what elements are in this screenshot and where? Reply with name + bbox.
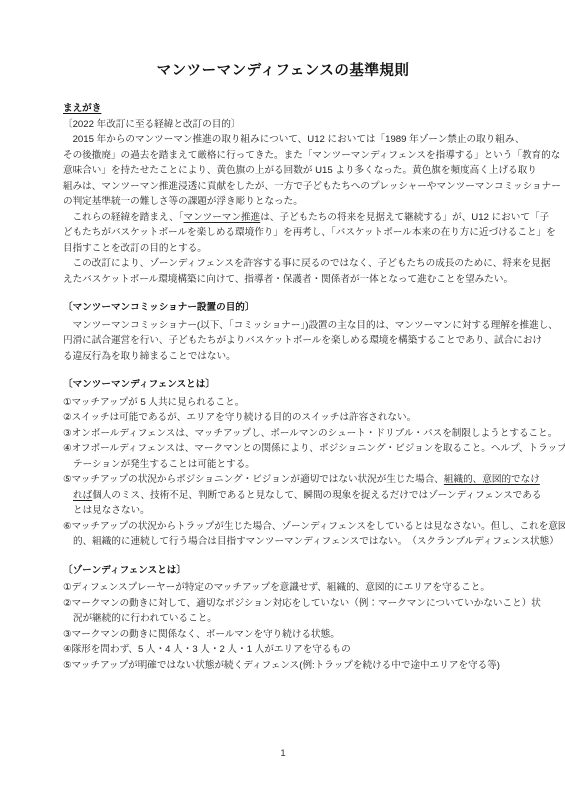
document-page: マンツーマンディフェンスの基準規則 まえがき〔2022 年改訂に至る経緯と改訂の… bbox=[0, 0, 565, 800]
commissioner-purpose-paragraph: マンツーマンコミッショナー(以下、「コミッショナー」)設置の主な目的は、マンツー… bbox=[63, 318, 503, 365]
commissioner-purpose-heading: 〔マンツーマンコミッショナー設置の目的〕 bbox=[63, 300, 503, 316]
preface-paragraph-2-line-2: どもたちがバスケットボールを楽しめる環境作り」を再考し、「バスケットボール本来の… bbox=[63, 225, 503, 241]
commissioner-purpose-paragraph-line-2: 円滑に試合運営を行い、子どもたちがよりバスケットボールを楽しめる環境を構築するこ… bbox=[63, 333, 503, 349]
zone-definition-item-5: ⑤マッチアップが明確ではない状態が続くディフェンス(例:トラップを続ける中で途中… bbox=[63, 658, 503, 674]
preface-paragraph-1-line-4: 組みは、マンツーマン推進浸透に貢献をしたが、一方で子どもたちへのプレッシャーやマ… bbox=[63, 179, 503, 195]
preface-paragraph-3-line-2: えたバスケットボール環境構築に向けて、指導者・保護者・関係者が一体となって進むこ… bbox=[63, 272, 503, 288]
zone-definition-item-3: ③マークマンの動きに関係なく、ボールマンを守り続ける状態。 bbox=[63, 627, 503, 643]
man-to-man-definition-item-4-line-1: ④オフボールディフェンスは、マークマンとの関係により、ポジショニング・ビジョンを… bbox=[63, 441, 503, 457]
man-to-man-definition-item-5-line-2: れば個人のミス、技術不足、判断であると見なして、瞬間の現象を捉えるだけではゾーン… bbox=[63, 488, 503, 504]
man-to-man-definition-item-3: ③オンボールディフェンスは、マッチアップし、ボールマンのシュート・ドリブル・パス… bbox=[63, 426, 503, 442]
commissioner-purpose-paragraph-line-1: マンツーマンコミッショナー(以下、「コミッショナー」)設置の主な目的は、マンツー… bbox=[63, 318, 503, 334]
man-to-man-definition-item-6-line-2: 的、組織的に連続して行う場合は目指すマンツーマンディフェンスではない。 （スクラ… bbox=[63, 534, 503, 550]
zone-definition-item-2-line-2: 況が継続的に行われていること。 bbox=[63, 611, 503, 627]
commissioner-purpose-paragraph-line-3: る違反行為を取り締まることではない。 bbox=[63, 349, 503, 365]
man-to-man-definition-item-1: ①マッチアップが 5 人共に見られること。 bbox=[63, 395, 503, 411]
preface-paragraph-1-line-1: 2015 年からのマンツーマン推進の取り組みについて、U12 においては「198… bbox=[63, 132, 503, 148]
zone-definition-item-4: ④隊形を問わず、5 人・4 人・3 人・2 人・1 人がエリアを守るもの bbox=[63, 642, 503, 658]
man-to-man-definition-heading-line-1: 〔マンツーマンディフェンスとは〕 bbox=[63, 377, 503, 393]
zone-definition-item-1: ①ディフェンスプレーヤーが特定のマッチアップを意識せず、組織的、意図的にエリアを… bbox=[63, 580, 503, 596]
man-to-man-definition-item-6-line-1: ⑥マッチアップの状況からトラップが生じた場合、ゾーンディフェンスをしているとは見… bbox=[63, 519, 503, 535]
man-to-man-definition-item-2-line-1: ②スイッチは可能であるが、エリアを守り続ける目的のスイッチは許容されない。 bbox=[63, 410, 503, 426]
preface-paragraph-1-line-2: その後撤廃」の過去を踏まえて厳格に行ってきた。また「マンツーマンディフェンスを指… bbox=[63, 148, 503, 164]
preface-paragraph-2-line-3: 目指すことを改訂の目的とする。 bbox=[63, 241, 503, 257]
man-to-man-definition-item-4: ④オフボールディフェンスは、マークマンとの関係により、ポジショニング・ビジョンを… bbox=[63, 441, 503, 472]
document-title: マンツーマンディフェンスの基準規則 bbox=[63, 62, 503, 81]
zone-definition-item-1-line-1: ①ディフェンスプレーヤーが特定のマッチアップを意識せず、組織的、意図的にエリアを… bbox=[63, 580, 503, 596]
commissioner-purpose-heading-line-1: 〔マンツーマンコミッショナー設置の目的〕 bbox=[63, 300, 503, 316]
man-to-man-definition-item-5: ⑤マッチアップの状況からポジショニング・ビジョンが適切ではない状況が生じた場合、… bbox=[63, 472, 503, 519]
preface-heading: まえがき bbox=[63, 101, 503, 117]
preface-subheading-line-1: 〔2022 年改訂に至る経緯と改訂の目的〕 bbox=[63, 117, 503, 133]
zone-definition-item-2: ②マークマンの動きに対して、適切なポジション対応をしていない（例：マークマンにつ… bbox=[63, 596, 503, 627]
zone-definition-heading-line-1: 〔ゾーンディフェンスとは〕 bbox=[63, 563, 503, 579]
man-to-man-definition-heading: 〔マンツーマンディフェンスとは〕 bbox=[63, 377, 503, 393]
preface-paragraph-2-line-1: これらの経緯を踏まえ、「マンツーマン推進は、子どもたちの将来を見据えて継続する」… bbox=[63, 210, 503, 226]
preface-paragraph-3-line-1: この改訂により、ゾーンディフェンスを許容する事に戻るのではなく、子どもたちの成長… bbox=[63, 256, 503, 272]
preface-paragraph-2: これらの経緯を踏まえ、「マンツーマン推進は、子どもたちの将来を見据えて継続する」… bbox=[63, 210, 503, 257]
zone-definition-item-5-line-1: ⑤マッチアップが明確ではない状態が続くディフェンス(例:トラップを続ける中で途中… bbox=[63, 658, 503, 674]
man-to-man-definition-item-6: ⑥マッチアップの状況からトラップが生じた場合、ゾーンディフェンスをしているとは見… bbox=[63, 519, 503, 550]
zone-definition-item-3-line-1: ③マークマンの動きに関係なく、ボールマンを守り続ける状態。 bbox=[63, 627, 503, 643]
preface-subheading: 〔2022 年改訂に至る経緯と改訂の目的〕 bbox=[63, 117, 503, 133]
document-body: まえがき〔2022 年改訂に至る経緯と改訂の目的〕 2015 年からのマンツーマ… bbox=[63, 101, 503, 673]
zone-definition-item-2-line-1: ②マークマンの動きに対して、適切なポジション対応をしていない（例：マークマンにつ… bbox=[63, 596, 503, 612]
zone-definition-heading: 〔ゾーンディフェンスとは〕 bbox=[63, 563, 503, 579]
page-number: 1 bbox=[63, 748, 503, 760]
preface-paragraph-1: 2015 年からのマンツーマン推進の取り組みについて、U12 においては「198… bbox=[63, 132, 503, 210]
preface-paragraph-1-line-5: の判定基準統一の難しさ等の課題が浮き彫りとなった。 bbox=[63, 194, 503, 210]
preface-paragraph-3: この改訂により、ゾーンディフェンスを許容する事に戻るのではなく、子どもたちの成長… bbox=[63, 256, 503, 287]
man-to-man-definition-item-2: ②スイッチは可能であるが、エリアを守り続ける目的のスイッチは許容されない。 bbox=[63, 410, 503, 426]
preface-paragraph-1-line-3: 意味合い」を持たせたことにより、黄色旗の上がる回数が U15 より多くなった。黄… bbox=[63, 163, 503, 179]
man-to-man-definition-item-5-line-1: ⑤マッチアップの状況からポジショニング・ビジョンが適切ではない状況が生じた場合、… bbox=[63, 472, 503, 488]
man-to-man-definition-item-4-line-2: テーションが発生することは可能とする。 bbox=[63, 457, 503, 473]
zone-definition-item-4-line-1: ④隊形を問わず、5 人・4 人・3 人・2 人・1 人がエリアを守るもの bbox=[63, 642, 503, 658]
man-to-man-definition-item-1-line-1: ①マッチアップが 5 人共に見られること。 bbox=[63, 395, 503, 411]
man-to-man-definition-item-5-line-3: とは見なさない。 bbox=[63, 503, 503, 519]
preface-heading-line-1: まえがき bbox=[63, 101, 503, 117]
man-to-man-definition-item-3-line-1: ③オンボールディフェンスは、マッチアップし、ボールマンのシュート・ドリブル・パス… bbox=[63, 426, 503, 442]
